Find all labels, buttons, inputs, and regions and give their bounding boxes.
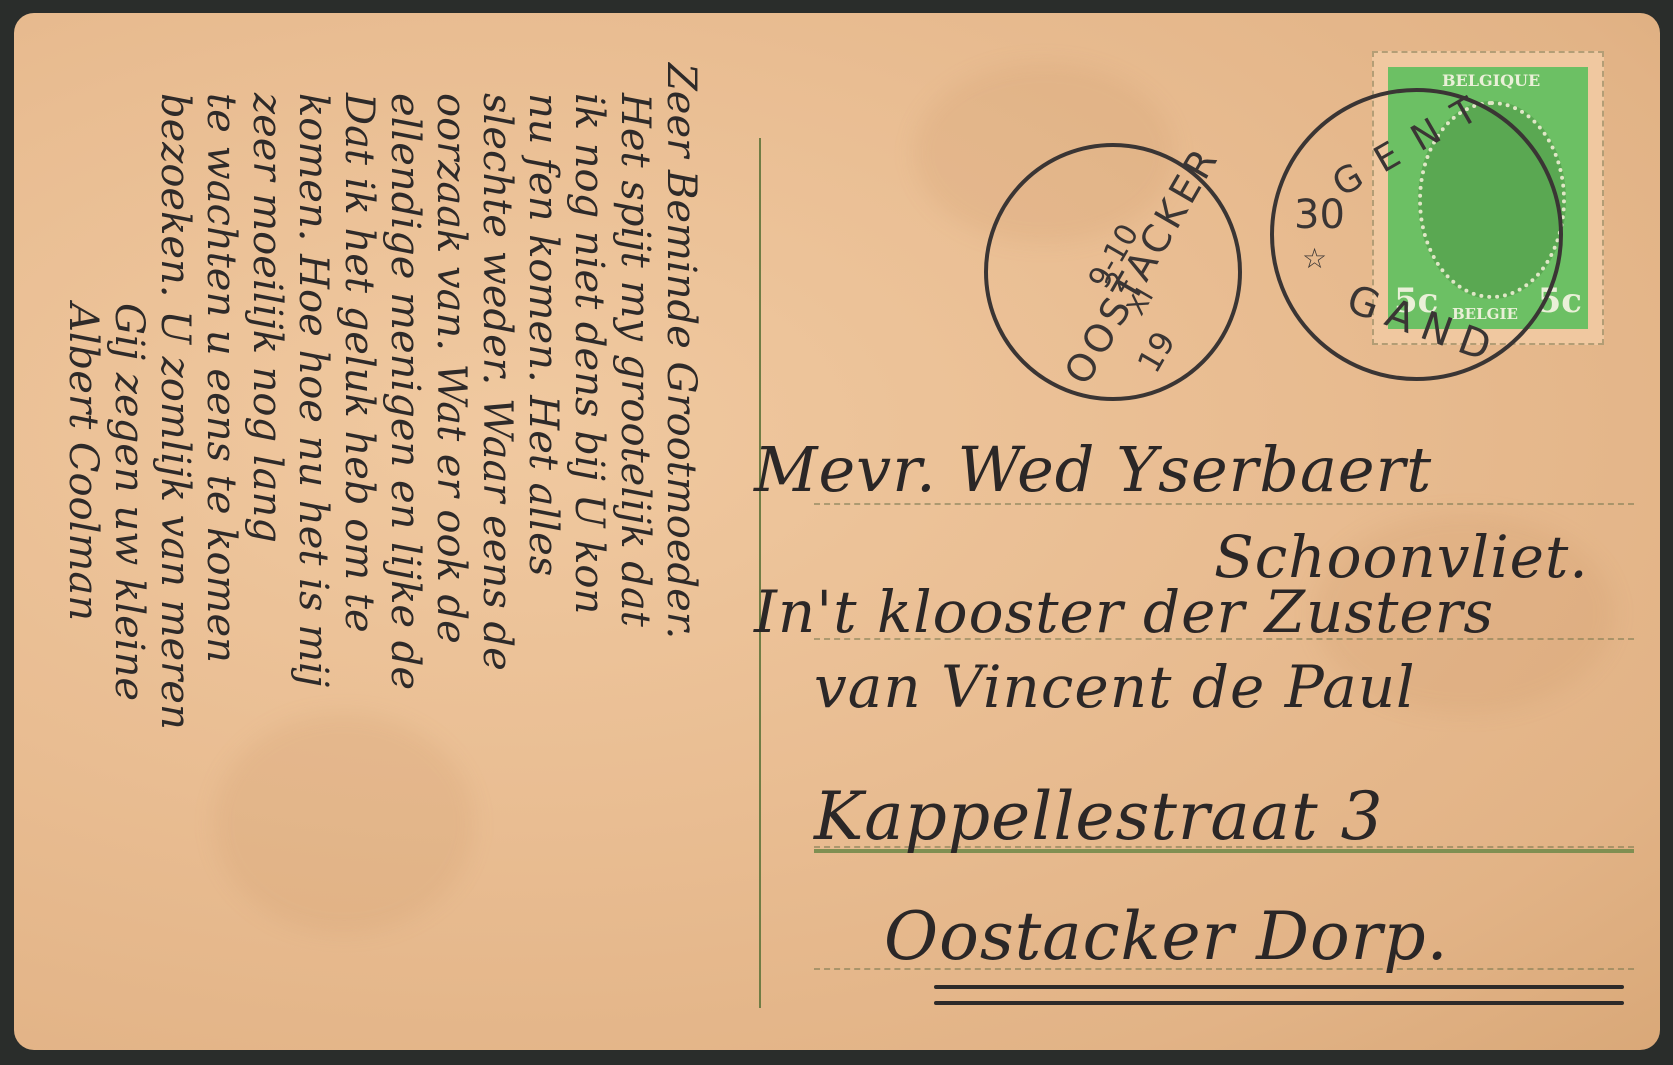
message-line: Albert Coolman [60,303,106,621]
postmark-town-bottom: GAND [1341,276,1506,374]
divider-line [759,138,761,1008]
address-line-4: van Vincent de Paul [814,653,1416,721]
underline-stroke [934,985,1624,989]
message-line: te wachten u eens te komen [198,93,244,663]
postmark-gent: GENT 30 ☆ GAND [1270,88,1563,381]
address-line-1: Mevr. Wed Yserbaert [754,433,1432,506]
address-line-3: In't klooster der Zusters [754,578,1494,646]
postmark-oostacker: OOSTACKER 9-10 2 XI 19 [984,143,1242,401]
message-line: Gij zegen uw kleine [106,303,152,701]
message-line: Dat ik het geluk heb om te [336,93,382,633]
postmark-town-top: GENT [1326,80,1502,205]
address-line-6: Oostacker Dorp. [884,898,1449,975]
stamp-country-top: BELGIQUE [1442,71,1540,90]
message-line: nu fen komen. Het alles [520,93,566,576]
message-line: komen. Hoe hoe nu het is mij [290,93,336,687]
message-area: Zeer Beminde Grootmoeder.Het spijt my gr… [54,53,754,1033]
message-line: ellendige menigen en lijke de [382,93,428,690]
message-line: Het spijt my grootelijk dat [612,93,658,627]
address-line-5: Kappellestraat 3 [814,778,1384,855]
postcard: Zeer Beminde Grootmoeder.Het spijt my gr… [14,13,1660,1050]
message-line: bezoeken. U zomlijk van meren [152,93,198,730]
postmark-year: 19 [1130,325,1183,379]
message-line: slechte weder. Waar eens de [474,93,520,671]
message-line: ik nog niet dens bij U kon [566,93,612,614]
message-line: oorzaak van. Wat er ook de [428,93,474,644]
star-icon: ☆ [1302,242,1327,275]
underline-stroke [934,1001,1624,1005]
message-line: zeer moeilijk nog lang [244,93,290,543]
postmark-number: 30 [1294,192,1345,238]
message-line: Zeer Beminde Grootmoeder. [658,63,704,639]
